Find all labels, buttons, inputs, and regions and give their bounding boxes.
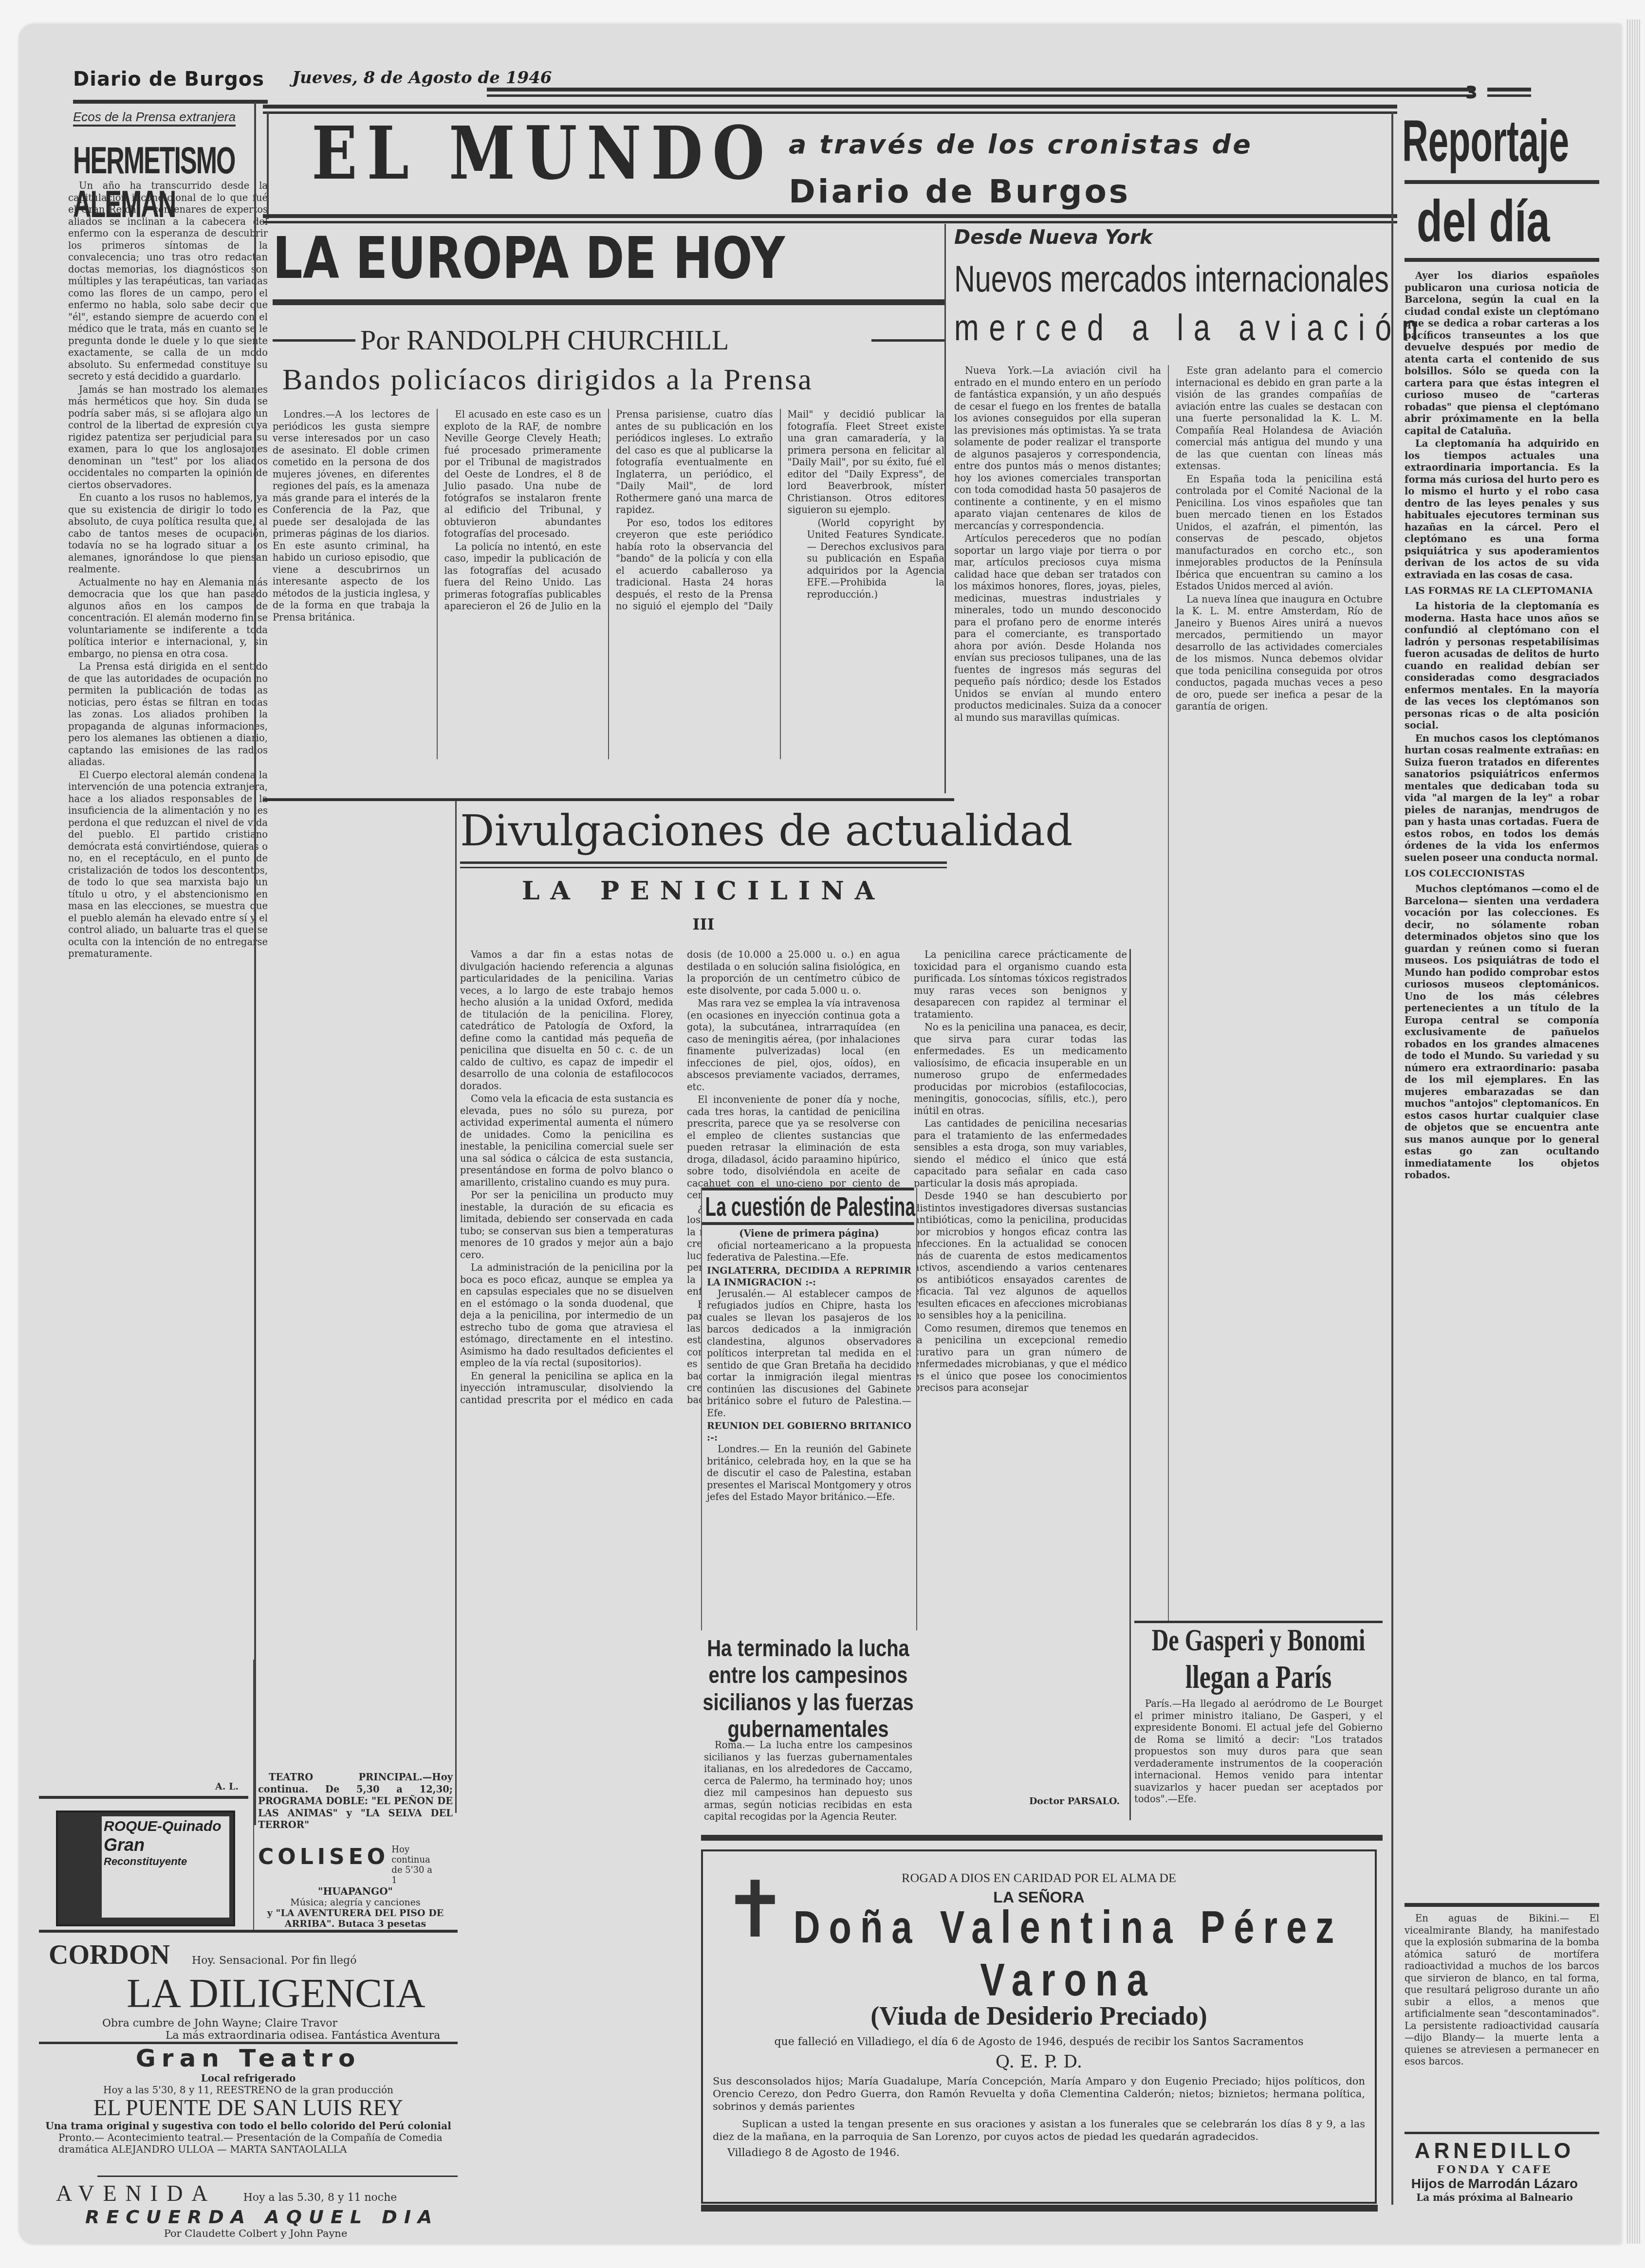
banner-subtitle-1: a través de los cronistas de bbox=[789, 129, 1253, 160]
subhead: LAS FORMAS RE LA CLEPTOMANIA bbox=[1405, 585, 1599, 597]
column-divider bbox=[1129, 949, 1131, 1820]
ad-subtitle: Local refrigerado bbox=[39, 2072, 458, 2084]
europa-byline: Por RANDOLPH CHURCHILL bbox=[360, 324, 729, 356]
column-divider bbox=[944, 224, 946, 793]
paragraph: La penicilina carece prácticamente de to… bbox=[914, 949, 1127, 1021]
masthead-rule-right bbox=[1487, 88, 1531, 97]
reportaje-title-2: del día bbox=[1417, 187, 1550, 256]
paragraph: Nueva York.—La aviación civil ha entrado… bbox=[954, 365, 1161, 532]
obituary-death-line: que falleció en Villadiego, el día 6 de … bbox=[703, 2036, 1375, 2048]
paragraph: oficial norteamericano a la propuesta fe… bbox=[707, 1240, 911, 1264]
obituary-notice: ✝ ROGAD A DIOS EN CARIDAD POR EL ALMA DE… bbox=[701, 1849, 1377, 2204]
penicilina-number: III bbox=[460, 915, 947, 933]
ad-roque-quinado: ROQUE-Quinado Gran Reconstituyente bbox=[56, 1811, 235, 1926]
ad-film: "HUAPANGO" bbox=[258, 1885, 453, 1897]
section-rule bbox=[460, 861, 947, 868]
title-rule bbox=[1405, 258, 1599, 262]
paragraph: París.—Ha llegado al aeródromo de Le Bou… bbox=[1134, 1698, 1383, 1806]
sicilia-title: Ha terminado la lucha entre los campesin… bbox=[701, 1635, 915, 1743]
paragraph: En España toda la penicilina está contro… bbox=[1176, 474, 1383, 593]
banner-title: EL MUNDO bbox=[312, 117, 774, 190]
palestina-title: La cuestión de Palestina bbox=[702, 1188, 914, 1225]
obituary-request: Suplican a usted la tengan presente en s… bbox=[703, 2116, 1375, 2145]
paragraph: En cuanto a los rusos no hablemos, ya qu… bbox=[68, 492, 268, 576]
ad-rule bbox=[39, 1796, 248, 1799]
paragraph: Este gran adelanto para el comercio inte… bbox=[1176, 365, 1383, 473]
esquela-rule bbox=[701, 1835, 1383, 1841]
subhead: INGLATERRA, DECIDIDA A REPRIMIR LA INMIG… bbox=[707, 1265, 911, 1288]
obituary-place-date: Villadiego 8 de Agosto de 1946. bbox=[703, 2145, 1375, 2161]
ad-gran-teatro: Gran Teatro Local refrigerado Hoy a las … bbox=[39, 2044, 458, 2155]
ad-times: Hoy a las 5'30, 8 y 11, REESTRENO de la … bbox=[39, 2084, 458, 2096]
penicilina-title: LA PENICILINA bbox=[460, 876, 947, 906]
ad-cast: Por Claudette Colbert y John Payne bbox=[56, 2228, 455, 2239]
europa-body: Londres.—A los lectores de periódicos le… bbox=[273, 409, 944, 759]
ad-title: Gran Teatro bbox=[39, 2044, 458, 2072]
bikini-item: En aguas de Bikini.— El vicealmirante Bl… bbox=[1405, 1913, 1599, 2117]
continued-note: (Viene de primera página) bbox=[707, 1228, 911, 1240]
paragraph: El Cuerpo electoral alemán condena la in… bbox=[68, 769, 268, 960]
gasperi-title-1: De Gasperi y Bonomi bbox=[1134, 1623, 1383, 1658]
nuevayork-title-1: Nuevos mercados internacionales bbox=[954, 258, 1389, 300]
ad-tagline: La más próxima al Balneario bbox=[1405, 2192, 1585, 2203]
paragraph: En muchos casos los cleptómanos hurtan c… bbox=[1405, 733, 1599, 864]
ad-owner: Hijos de Marrodán Lázaro bbox=[1405, 2176, 1585, 2192]
banner-rule-left bbox=[267, 112, 269, 219]
obituary-qepd: Q. E. P. D. bbox=[703, 2052, 1375, 2072]
gasperi-box: De Gasperi y Bonomi llegan a París París… bbox=[1134, 1621, 1383, 1818]
deceased-name: Doña Valentina Pérez Varona bbox=[703, 1901, 1375, 2007]
ad-hours: Hoy continua de 5'30 a 1 bbox=[391, 1845, 438, 1885]
masthead-rule bbox=[487, 88, 1475, 97]
paragraph: La historia de la cleptomanía es moderna… bbox=[1405, 601, 1599, 732]
ad-title: CORDON bbox=[49, 1940, 170, 1970]
masthead-date: Jueves, 8 de Agosto de 1946 bbox=[292, 68, 552, 88]
ad-film: EL PUENTE DE SAN LUIS REY bbox=[39, 2096, 458, 2120]
section-rule bbox=[1405, 1903, 1599, 1907]
paragraph: Desde 1940 se han descubierto por distin… bbox=[914, 1190, 1127, 1322]
europa-headline: Bandos policíacos dirigidos a la Prensa bbox=[282, 363, 813, 397]
paragraph: Ayer los diarios españoles publicaron un… bbox=[1405, 270, 1599, 437]
ad-arnedillo: ARNEDILLO FONDA Y CAFE Hijos de Marrodán… bbox=[1405, 2139, 1585, 2203]
paragraph: Vamos a dar fin a estas notas de divulga… bbox=[460, 949, 673, 1092]
paragraph: Muchos cleptómanos —como el de Barcelona… bbox=[1405, 883, 1599, 1182]
ad-rule bbox=[39, 1930, 458, 1933]
paragraph: El inconveniente de poner día y noche, c… bbox=[687, 1094, 900, 1202]
paragraph: Roma.— La lucha entre los campesinos sic… bbox=[704, 1739, 912, 1823]
reportaje-body: Ayer los diarios españoles publicaron un… bbox=[1405, 270, 1599, 1876]
column-rule bbox=[73, 100, 268, 104]
section-rule bbox=[1405, 2132, 1599, 2134]
ad-soon: Pronto.— Acontecimiento teatral.— Presen… bbox=[39, 2132, 458, 2155]
subhead: LOS COLECCIONISTAS bbox=[1405, 868, 1599, 879]
paragraph: El acusado en este caso es un exploto de… bbox=[444, 409, 602, 540]
ad-cast: Obra cumbre de John Wayne; Claire Travor bbox=[49, 2017, 448, 2030]
paragraph: Artículos perecederos que no podían sopo… bbox=[954, 533, 1161, 724]
ad-cordon: CORDON Hoy. Sensacional. Por fin llegó L… bbox=[49, 1939, 448, 2042]
section-kicker: Ecos de la Prensa extranjera bbox=[73, 110, 236, 127]
masthead-name: Diario de Burgos bbox=[73, 68, 264, 91]
paragraph: En aguas de Bikini.— El vicealmirante Bl… bbox=[1405, 1913, 1599, 2068]
ad-text: TEATRO PRINCIPAL.—Hoy continua. De 5,30 … bbox=[258, 1772, 453, 1831]
paragraph: Londres.— En la reunión del Gabinete bri… bbox=[707, 1444, 911, 1503]
nuevayork-dateline: Desde Nueva York bbox=[954, 226, 1153, 249]
ad-title: COLISEO bbox=[258, 1845, 389, 1869]
paragraph: La Prensa está dirigida en el sentido de… bbox=[68, 661, 268, 768]
esquela-rule bbox=[701, 2205, 1378, 2212]
title-rule bbox=[1405, 180, 1599, 184]
section-rule bbox=[263, 798, 954, 801]
paragraph: Un año ha transcurrido desde la capitula… bbox=[68, 180, 268, 383]
ad-avenida: AVENIDA Hoy a las 5.30, 8 y 11 noche REC… bbox=[56, 2180, 455, 2239]
ad-subtitle: FONDA Y CAFE bbox=[1405, 2163, 1585, 2176]
column-divider bbox=[253, 1660, 254, 1932]
column-divider bbox=[455, 801, 457, 1813]
paragraph: La cleptomanía ha adquirido en los tiemp… bbox=[1405, 438, 1599, 581]
paragraph: Londres.—A los lectores de periódicos le… bbox=[273, 409, 430, 623]
ad-subtitle: Reconstituyente bbox=[104, 1855, 227, 1868]
ad-times: Hoy a las 5.30, 8 y 11 noche bbox=[243, 2192, 397, 2204]
gasperi-title-2: llegan a París bbox=[1134, 1659, 1383, 1696]
nuevayork-title-2: merced a la aviación bbox=[954, 307, 1428, 349]
ad-film: LA DILIGENCIA bbox=[49, 1971, 448, 2017]
paragraph: Las cantidades de penicilina necesarias … bbox=[914, 1118, 1127, 1189]
ad-teatro-principal: TEATRO PRINCIPAL.—Hoy continua. De 5,30 … bbox=[258, 1772, 453, 1832]
ad-title: ARNEDILLO bbox=[1405, 2139, 1585, 2163]
ad-coliseo: COLISEO Hoy continua de 5'30 a 1 "HUAPAN… bbox=[258, 1845, 453, 1929]
title-rule bbox=[273, 299, 944, 305]
paragraph: La administración de la penicilina por l… bbox=[460, 1262, 673, 1370]
subhead: REUNION DEL GOBIERNO BRITANICO :-: bbox=[707, 1420, 911, 1444]
column-divider bbox=[1391, 112, 1393, 2205]
paragraph: Como resumen, diremos que tenemos en la … bbox=[914, 1323, 1127, 1394]
signature: Doctor PARSALO. bbox=[906, 1796, 1120, 1807]
page-edge bbox=[1626, 19, 1640, 2244]
copyright-note: (World copyright by United Features Synd… bbox=[788, 517, 945, 601]
paragraph: Por ser la penicilina un producto muy in… bbox=[460, 1189, 673, 1261]
ad-rule bbox=[97, 2176, 458, 2177]
column-divider bbox=[254, 102, 256, 1825]
banner-rule-bottom bbox=[263, 214, 1397, 223]
ad-desc: La más extraordinaria odisea. Fantástica… bbox=[49, 2030, 448, 2042]
ad-title: ROQUE-Quinado bbox=[104, 1818, 227, 1835]
paragraph: Jamás se han mostrado los alemanes más h… bbox=[68, 384, 268, 492]
reportaje-title-1: Reportaje bbox=[1402, 107, 1569, 175]
paragraph: Jerusalén.— Al establecer campos de refu… bbox=[707, 1288, 911, 1420]
ad-film: RECUERDA AQUEL DIA bbox=[56, 2206, 455, 2228]
byline-rule bbox=[273, 339, 355, 342]
ad-title: AVENIDA bbox=[56, 2181, 217, 2206]
article-body-hermetismo: Un año ha transcurrido desde la capitula… bbox=[68, 180, 268, 1650]
paragraph: La nueva línea que inaugura en Octubre l… bbox=[1176, 594, 1383, 713]
paragraph: No es la penicilina una panacea, es deci… bbox=[914, 1022, 1127, 1117]
obituary-family: Sus desconsolados hijos; María Guadalupe… bbox=[703, 2072, 1375, 2116]
byline-rule bbox=[871, 339, 944, 342]
signature: A. L. bbox=[73, 1781, 239, 1792]
ad-subtitle: Gran bbox=[104, 1835, 227, 1855]
paragraph: Actualmente no hay en Alemania más democ… bbox=[68, 577, 268, 660]
ad-desc: Una trama original y sugestiva con todo … bbox=[39, 2120, 458, 2132]
ad-desc: Música; alegría y canciones bbox=[258, 1897, 453, 1908]
europa-title: LA EUROPA DE HOY bbox=[273, 226, 785, 290]
paragraph: Como vela la eficacia de esta sustancia … bbox=[460, 1093, 673, 1189]
page-number: 3 bbox=[1465, 83, 1478, 103]
obituary-line1: ROGAD A DIOS EN CARIDAD POR EL ALMA DE bbox=[703, 1871, 1375, 1885]
penicilina-section: Divulgaciones de actualidad bbox=[460, 805, 1072, 856]
palestina-box: La cuestión de Palestina (Viene de prime… bbox=[701, 1188, 917, 1630]
banner-subtitle-2: Diario de Burgos bbox=[789, 173, 1130, 210]
ad-tagline: Hoy. Sensacional. Por fin llegó bbox=[192, 1955, 356, 1967]
sicilia-box: Ha terminado la lucha entre los campesin… bbox=[701, 1635, 915, 1811]
paragraph: Mas rara vez se emplea la vía intravenos… bbox=[687, 998, 900, 1093]
ad-film: y "LA AVENTURERA DEL PISO DE ARRIBA". Bu… bbox=[258, 1908, 453, 1929]
